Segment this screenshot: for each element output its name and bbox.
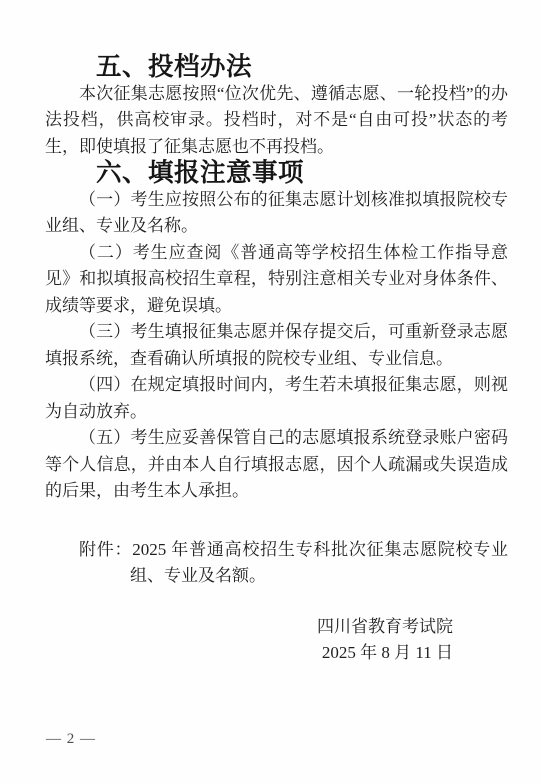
section-heading-filing-method: 五、投档办法 [45,54,508,81]
paragraph-note-3: （三）考生填报征集志愿并保存提交后，可重新登录志愿填报系统，查看确认所填报的院校… [45,319,508,372]
paragraph-note-5: （五）考生应妥善保管自己的志愿填报系统登录账户密码等个人信息，并由本人自行填报志… [45,425,508,505]
page-number: — 2 — [46,731,96,748]
attachment-line: 附件：2025 年普通高校招生专科批次征集志愿院校专业组、专业及名额。 [45,537,508,590]
paragraph-note-2: （二）考生应查阅《普通高等学校招生体检工作指导意见》和拟填报高校招生章程，特别注… [45,240,508,320]
document-page: 五、投档办法 本次征集志愿按照“位次优先、遵循志愿、一轮投档”的办法投档，供高校… [0,0,540,783]
signature-block: 四川省教育考试院 2025 年 8 月 11 日 [45,614,508,667]
paragraph-note-4: （四）在规定填报时间内，考生若未填报征集志愿，则视为自动放弃。 [45,372,508,425]
paragraph-filing-method: 本次征集志愿按照“位次优先、遵循志愿、一轮投档”的办法投档，供高校审录。投档时，… [45,81,508,161]
paragraph-note-1: （一）考生应按照公布的征集志愿计划核准拟填报院校专业组、专业及名称。 [45,187,508,240]
attachment-label: 附件： [79,540,132,559]
signature-date: 2025 年 8 月 11 日 [45,640,453,667]
section-heading-filling-notes: 六、填报注意事项 [45,160,508,187]
attachment-text: 2025 年普通高校招生专科批次征集志愿院校专业组、专业及名额。 [130,540,508,586]
document-body: 五、投档办法 本次征集志愿按照“位次优先、遵循志愿、一轮投档”的办法投档，供高校… [45,54,508,667]
signature-organization: 四川省教育考试院 [45,614,453,641]
